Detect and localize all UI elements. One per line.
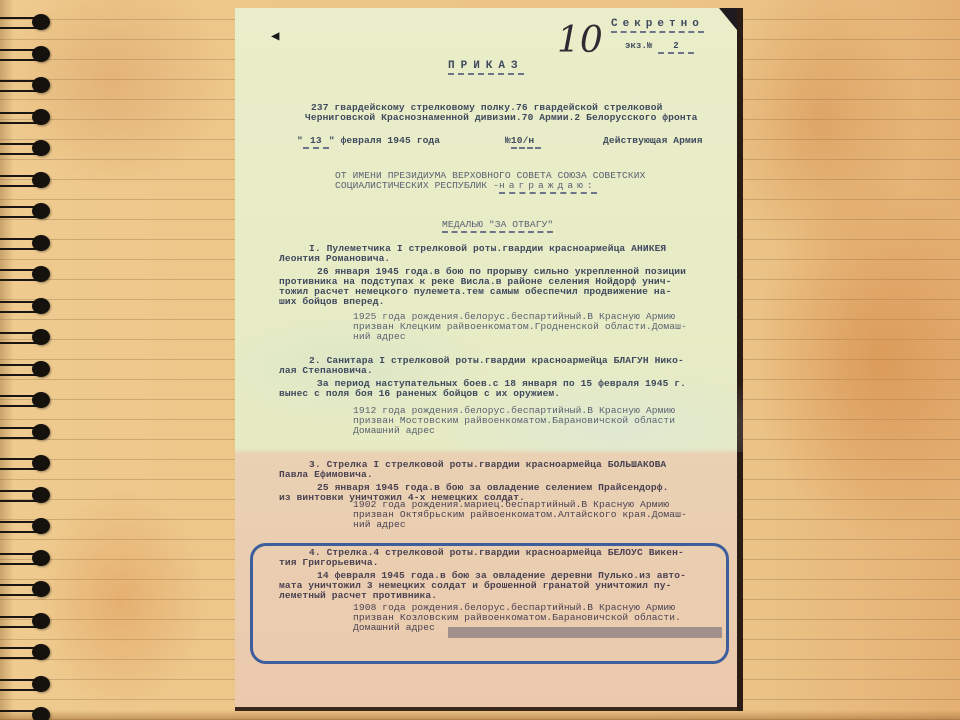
- spiral-ring: [0, 613, 56, 629]
- spiral-ring: [0, 329, 56, 345]
- entry-3-line: Павла Ефимовича.: [279, 469, 373, 480]
- spiral-ring: [0, 266, 56, 282]
- spiral-ring: [0, 46, 56, 62]
- handwritten-number: 10: [557, 20, 603, 61]
- spiral-ring: [0, 140, 56, 156]
- copy-number: экз.№ 2: [625, 41, 694, 54]
- spiral-ring: [0, 77, 56, 93]
- spiral-ring: [0, 676, 56, 692]
- entry-2-line: лая Степановича.: [279, 365, 373, 376]
- spiral-ring: [0, 392, 56, 408]
- entry-3-bio: ний адрес: [353, 519, 406, 530]
- spiral-ring: [0, 235, 56, 251]
- preamble-line-2: СОЦИАЛИСТИЧЕСКИХ РЕСПУБЛИК -награждаю:: [335, 180, 597, 191]
- entry-1-line: ших бойцов вперед.: [279, 296, 384, 307]
- spiral-ring: [0, 707, 56, 720]
- spiral-ring: [0, 487, 56, 503]
- spiral-ring: [0, 361, 56, 377]
- order-number: №10/н: [505, 135, 541, 149]
- spiral-ring: [0, 172, 56, 188]
- highlight-frame: [250, 543, 729, 664]
- spiral-ring: [0, 518, 56, 534]
- spiral-ring: [0, 298, 56, 314]
- spiral-ring: [0, 14, 56, 30]
- spiral-ring: [0, 203, 56, 219]
- spiral-ring: [0, 581, 56, 597]
- spiral-ring: [0, 424, 56, 440]
- entry-1-line: Леонтия Романовича.: [279, 253, 390, 264]
- spiral-ring: [0, 455, 56, 471]
- spiral-ring: [0, 644, 56, 660]
- secrecy-stamp: Секретно: [611, 18, 704, 30]
- document-title: ПРИКАЗ: [448, 60, 524, 72]
- location: Действующая Армия: [603, 135, 703, 146]
- header-line-2: Черниговской Краснознаменной дивизии.70 …: [305, 112, 697, 123]
- medal-heading: МЕДАЛЬЮ "ЗА ОТВАГУ": [442, 219, 553, 230]
- spiral-ring: [0, 550, 56, 566]
- entry-2-line: вынес с поля боя 16 раненых бойцов с их …: [279, 388, 560, 399]
- arrow-mark-icon: ◀: [271, 28, 279, 45]
- order-date: "13" февраля 1945 года: [297, 135, 440, 149]
- spiral-ring: [0, 109, 56, 125]
- entry-1-bio: ний адрес: [353, 331, 406, 342]
- entry-2-bio: Домашний адрес: [353, 425, 435, 436]
